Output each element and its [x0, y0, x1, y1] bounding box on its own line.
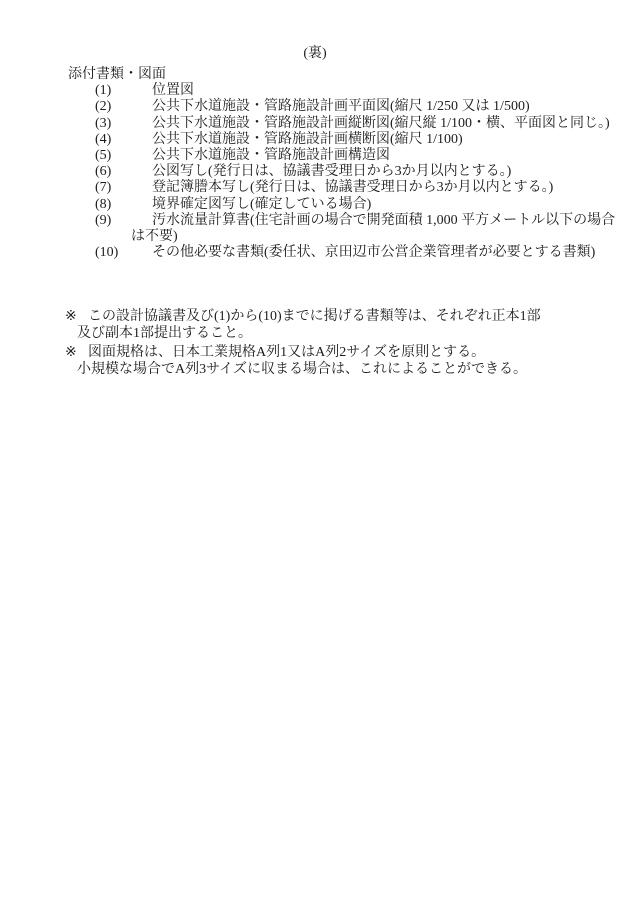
- item-number: (1): [95, 83, 152, 99]
- page-side-label: (裏): [0, 46, 630, 62]
- item-number: (2): [95, 99, 152, 115]
- item-text: 公共下水道施設・管路施設計画平面図(縮尺 1/250 又は 1/500): [152, 99, 530, 114]
- item-number: (4): [95, 132, 152, 148]
- note-text-continuation: 小規模な場合でA列3サイズに収まる場合は、これによることができる。: [77, 361, 630, 378]
- item-number: (7): [95, 180, 152, 196]
- list-item: (2)公共下水道施設・管路施設計画平面図(縮尺 1/250 又は 1/500): [95, 99, 630, 115]
- list-item: (8)境界確定図写し(確定している場合): [95, 197, 630, 213]
- note-marker: ※: [65, 308, 88, 325]
- list-item: (7)登記簿謄本写し(発行日は、協議書受理日から3か月以内とする。): [95, 180, 630, 196]
- document-page: (裏) 添付書類・図面 (1)位置図(2)公共下水道施設・管路施設計画平面図(縮…: [0, 0, 630, 903]
- item-text: 位置図: [152, 83, 194, 98]
- note-marker: ※: [65, 344, 88, 361]
- item-text: 境界確定図写し(確定している場合): [152, 197, 371, 212]
- list-item: (4)公共下水道施設・管路施設計画横断図(縮尺 1/100): [95, 132, 630, 148]
- note: ※この設計協議書及び(1)から(10)までに掲げる書類等は、それぞれ正本1部及び…: [65, 308, 630, 342]
- item-text: 公共下水道施設・管路施設計画構造図: [152, 148, 390, 163]
- note-line: ※図面規格は、日本工業規格A列1又はA列2サイズを原則とする。: [65, 344, 630, 361]
- note: ※図面規格は、日本工業規格A列1又はA列2サイズを原則とする。小規模な場合でA列…: [65, 344, 630, 378]
- item-number: (5): [95, 148, 152, 164]
- item-text: 登記簿謄本写し(発行日は、協議書受理日から3か月以内とする。): [152, 180, 553, 195]
- attachment-list: (1)位置図(2)公共下水道施設・管路施設計画平面図(縮尺 1/250 又は 1…: [95, 83, 630, 261]
- item-text-continuation: は不要): [131, 229, 630, 245]
- note-line: ※この設計協議書及び(1)から(10)までに掲げる書類等は、それぞれ正本1部: [65, 308, 630, 325]
- list-item: (3)公共下水道施設・管路施設計画縦断図(縮尺縦 1/100・横、平面図と同じ。…: [95, 116, 630, 132]
- item-number: (3): [95, 116, 152, 132]
- item-number: (10): [95, 245, 152, 261]
- item-text: 公図写し(発行日は、協議書受理日から3か月以内とする。): [152, 164, 511, 179]
- note-text-continuation: 及び副本1部提出すること。: [77, 325, 630, 342]
- item-number: (8): [95, 197, 152, 213]
- item-text: 公共下水道施設・管路施設計画横断図(縮尺 1/100): [152, 132, 463, 147]
- note-text: この設計協議書及び(1)から(10)までに掲げる書類等は、それぞれ正本1部: [88, 309, 541, 324]
- notes: ※この設計協議書及び(1)から(10)までに掲げる書類等は、それぞれ正本1部及び…: [65, 308, 630, 378]
- item-number: (9): [95, 213, 152, 229]
- list-item: (10)その他必要な書類(委任状、京田辺市公営企業管理者が必要とする書類): [95, 245, 630, 261]
- item-text: 汚水流量計算書(住宅計画の場合で開発面積 1,000 平方メートル以下の場合: [152, 213, 615, 228]
- list-item: (6)公図写し(発行日は、協議書受理日から3か月以内とする。): [95, 164, 630, 180]
- item-number: (6): [95, 164, 152, 180]
- section-title: 添付書類・図面: [68, 67, 630, 83]
- note-text: 図面規格は、日本工業規格A列1又はA列2サイズを原則とする。: [88, 345, 485, 360]
- list-item: (1)位置図: [95, 83, 630, 99]
- list-item: (9)汚水流量計算書(住宅計画の場合で開発面積 1,000 平方メートル以下の場…: [95, 213, 630, 229]
- list-item: (5)公共下水道施設・管路施設計画構造図: [95, 148, 630, 164]
- item-text: その他必要な書類(委任状、京田辺市公営企業管理者が必要とする書類): [152, 245, 595, 260]
- item-text: 公共下水道施設・管路施設計画縦断図(縮尺縦 1/100・横、平面図と同じ。): [152, 116, 610, 131]
